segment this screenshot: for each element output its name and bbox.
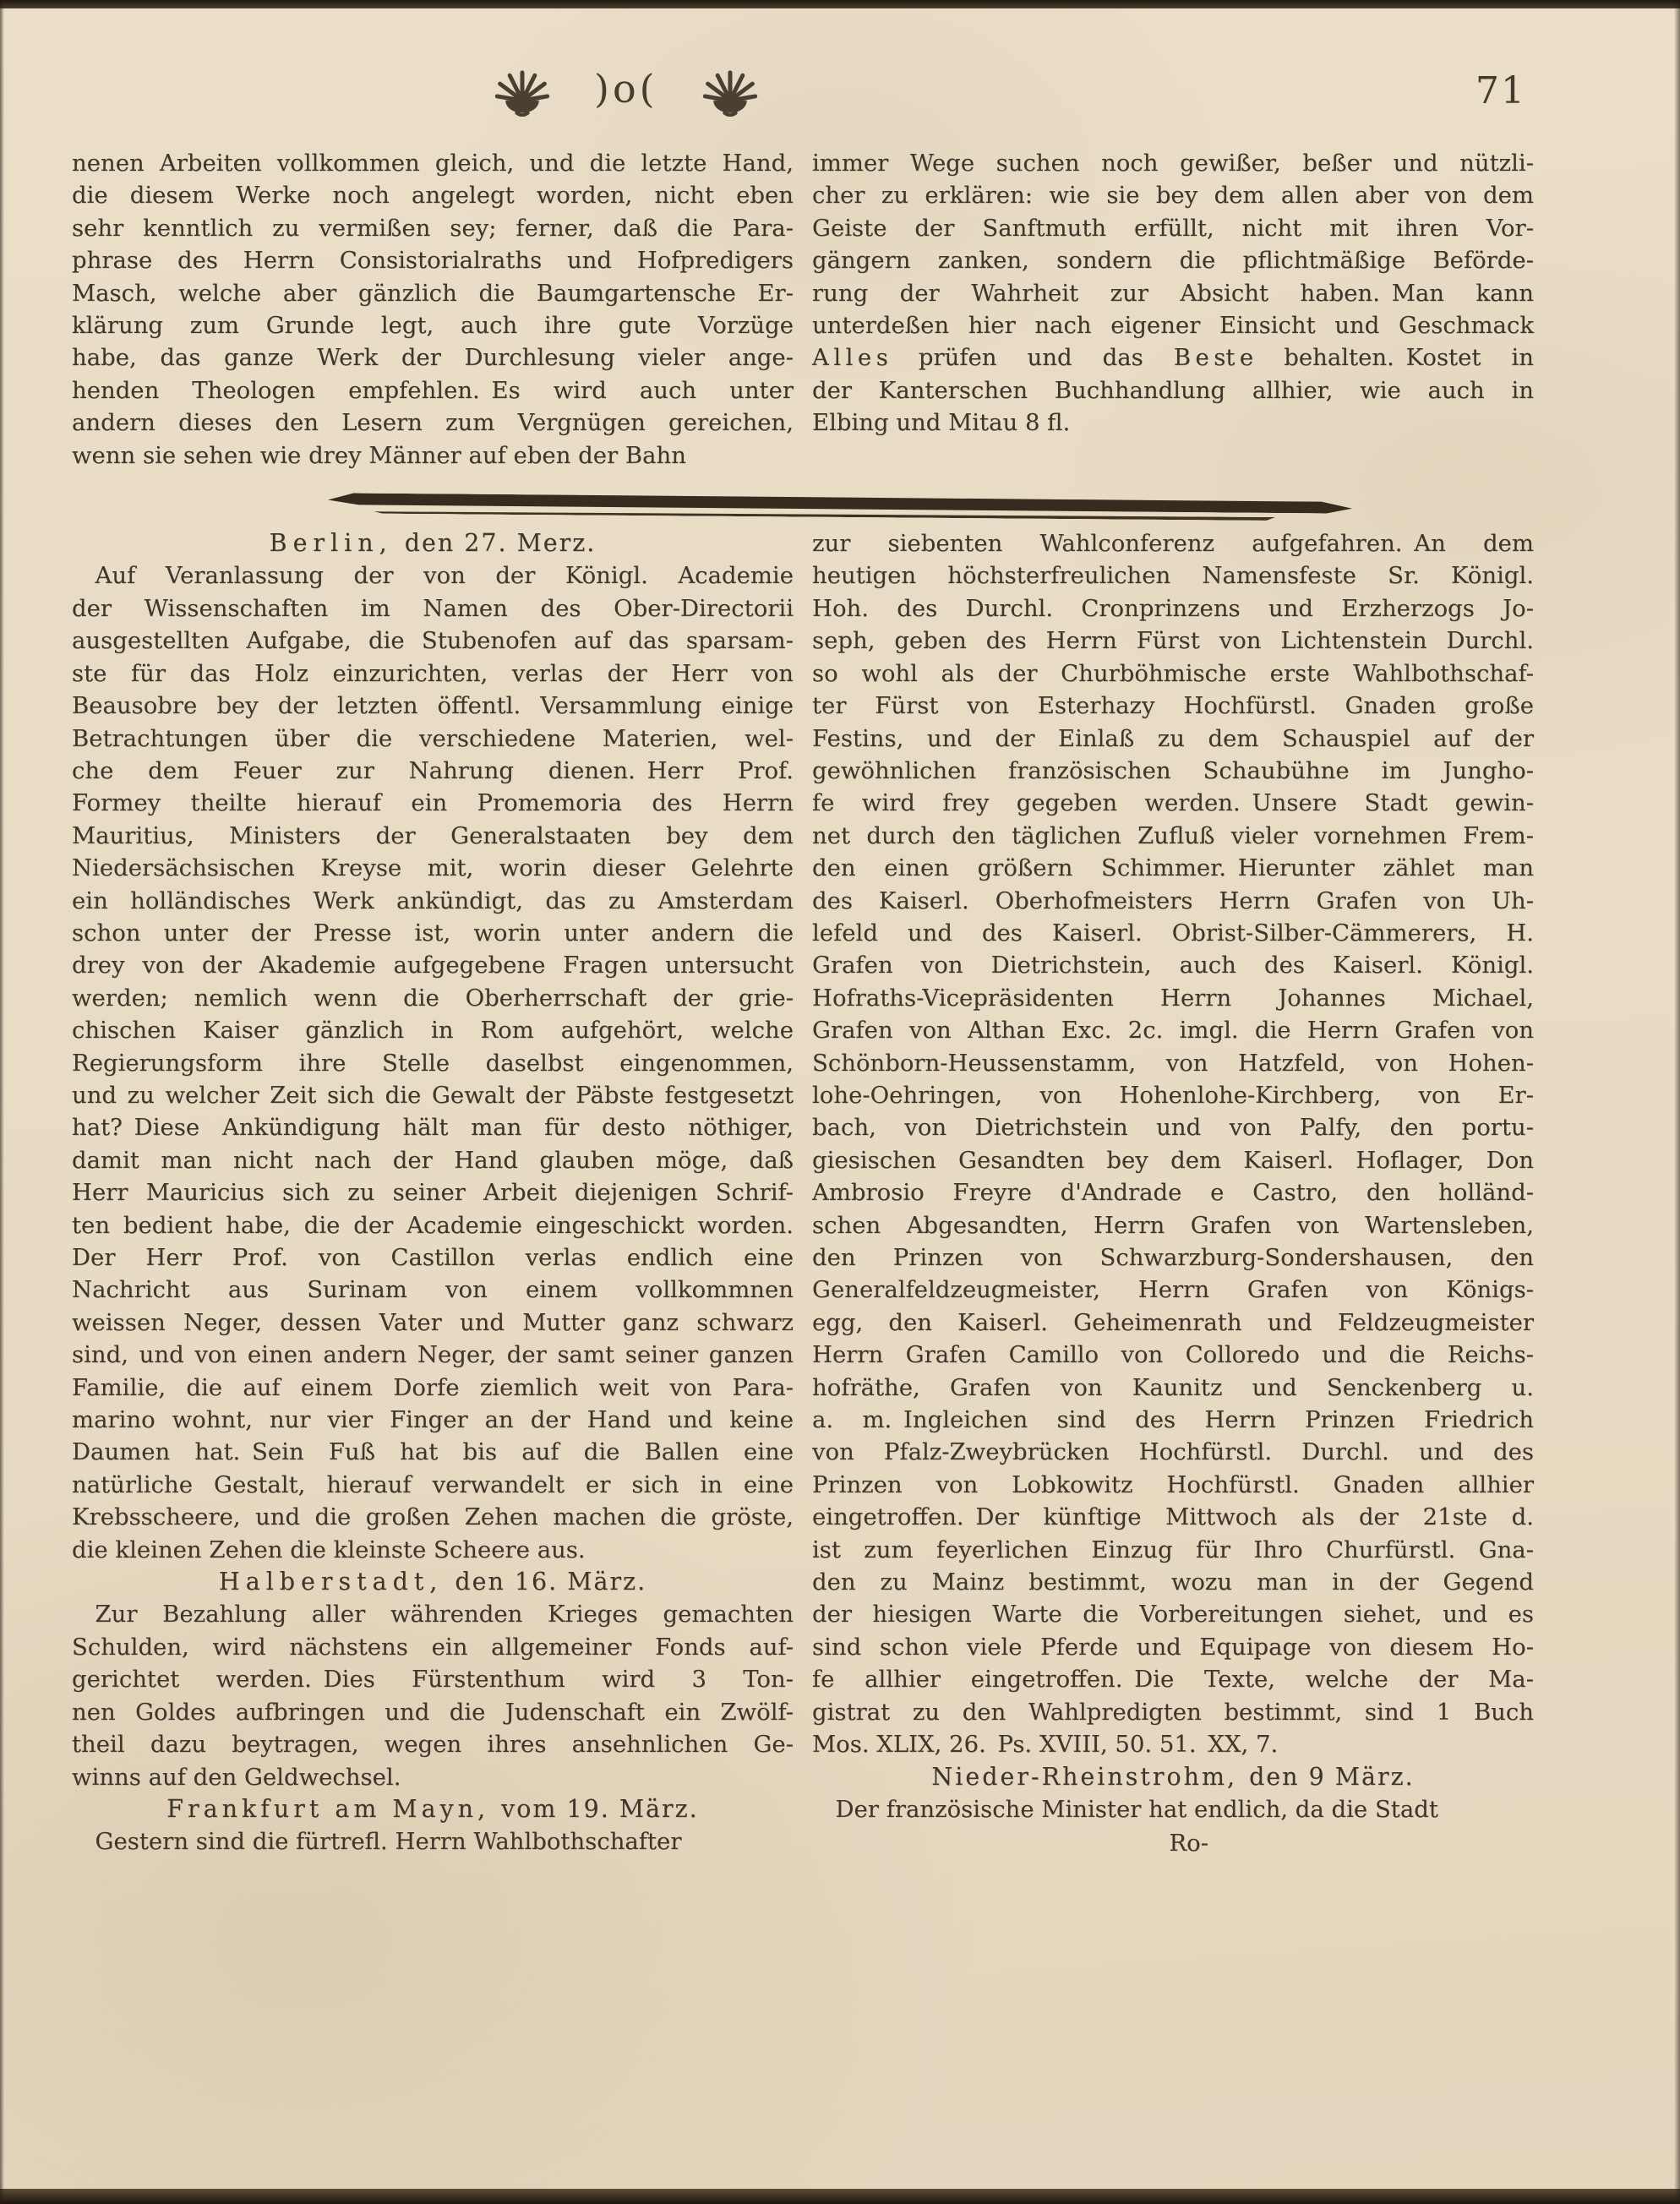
header-ornaments: )o( bbox=[494, 68, 758, 117]
text-line: Krebsscheere, und die großen Zehen mache… bbox=[72, 1501, 794, 1533]
review-left-column: nenen Arbeiten vollkommen gleich, und di… bbox=[72, 147, 794, 472]
text-line: ten bedient habe, die der Academie einge… bbox=[72, 1209, 794, 1241]
text-line: Zur Bezahlung aller währenden Krieges ge… bbox=[72, 1598, 794, 1630]
text-line: der Wissenschaften im Namen des Ober-Dir… bbox=[72, 592, 794, 625]
text-line: des Kaiserl. Oberhofmeisters Herrn Grafe… bbox=[812, 885, 1534, 917]
text-line: gerichtet werden. Dies Fürstenthum wird … bbox=[72, 1663, 794, 1695]
printers-section-mark: )o( bbox=[594, 66, 658, 112]
dateline-frankfurt: Frankfurt am Mayn,vom 19. März. bbox=[72, 1793, 794, 1825]
text-line: Schulden, wird nächstens ein allgemeiner… bbox=[72, 1631, 794, 1663]
text-line: sind schon viele Pferde und Equipage von… bbox=[812, 1631, 1534, 1663]
text-line: phrase des Herrn Consistorialraths und H… bbox=[72, 244, 794, 276]
text-line: net durch den täglichen Zufluß vieler vo… bbox=[812, 820, 1534, 852]
text-line: Herr Mauricius sich zu seiner Arbeit die… bbox=[72, 1176, 794, 1208]
text-line: giesischen Gesandten bey dem Kaiserl. Ho… bbox=[812, 1144, 1534, 1176]
article-nieder-rheinstrohm-text: Der französische Minister hat endlich, d… bbox=[812, 1793, 1534, 1825]
text-line: ist zum feyerlichen Einzug für Ihro Chur… bbox=[812, 1534, 1534, 1566]
text-line: Betrachtungen über die verschiedene Mate… bbox=[72, 723, 794, 755]
text-line: den Prinzen von Schwarzburg-Sondershause… bbox=[812, 1241, 1534, 1274]
dateline-halberstadt: Halberstadt,den 16. März. bbox=[72, 1566, 794, 1598]
text-line: cher zu erklären: wie sie bey dem allen … bbox=[812, 179, 1534, 211]
scan-edge-bottom bbox=[0, 2189, 1680, 2204]
text-line: a. m. Ingleichen sind des Herrn Prinzen … bbox=[812, 1404, 1534, 1436]
text-line: chischen Kaiser gänzlich in Rom aufgehör… bbox=[72, 1014, 794, 1046]
text-line: Herrn Grafen Camillo von Colloredo und d… bbox=[812, 1339, 1534, 1371]
text-line: natürliche Gestalt, hierauf verwandelt e… bbox=[72, 1469, 794, 1501]
text-line: Niedersächsischen Kreyse mit, worin dies… bbox=[72, 852, 794, 884]
news-left-column: Berlin,den 27. Merz. Auf Veranlassung de… bbox=[72, 527, 794, 1861]
text-line: Beausobre bey der letzten öffentl. Versa… bbox=[72, 690, 794, 722]
text-line: sehr kenntlich zu vermißen sey; ferner, … bbox=[72, 212, 794, 244]
catchword: Ro- bbox=[812, 1825, 1534, 1861]
text-line: immer Wege suchen noch gewißer, beßer un… bbox=[812, 147, 1534, 179]
text-line: Daumen hat. Sein Fuß hat bis auf die Bal… bbox=[72, 1436, 794, 1468]
text-line: Generalfeldzeugmeister, Herrn Grafen von… bbox=[812, 1274, 1534, 1306]
text-line: fe allhier eingetroffen. Die Texte, welc… bbox=[812, 1663, 1534, 1695]
text-line: lefeld und des Kaiserl. Obrist-Silber-Cä… bbox=[812, 917, 1534, 949]
page-number: 71 bbox=[1475, 69, 1526, 112]
text-line: schen Abgesandten, Herrn Grafen von Wart… bbox=[812, 1209, 1534, 1241]
news-right-column: zur siebenten Wahlconferenz aufgefahren.… bbox=[812, 527, 1534, 1861]
text-line: Mos. XLIX, 26. Ps. XVIII, 50. 51. XX, 7. bbox=[812, 1728, 1534, 1760]
text-line: andern dieses den Lesern zum Vergnügen g… bbox=[72, 406, 794, 439]
dateline-nieder-rheinstrohm: Nieder-Rheinstrohm,den 9 März. bbox=[812, 1761, 1534, 1793]
text-line: ein holländisches Werk ankündigt, das zu… bbox=[72, 885, 794, 917]
scan-edge-right bbox=[1674, 0, 1680, 2204]
page-header: )o( 71 bbox=[0, 68, 1680, 134]
dateline-city: Nieder-Rheinstrohm, bbox=[931, 1763, 1237, 1791]
text-line: gistrat zu den Wahlpredigten bestimmt, s… bbox=[812, 1696, 1534, 1728]
review-left-text: nenen Arbeiten vollkommen gleich, und di… bbox=[72, 147, 794, 472]
news-section: Berlin,den 27. Merz. Auf Veranlassung de… bbox=[0, 527, 1680, 1861]
text-line: der Kanterschen Buchhandlung allhier, wi… bbox=[812, 374, 1534, 406]
text-line: klärung zum Grunde legt, auch ihre gute … bbox=[72, 309, 794, 341]
text-line: habe, das ganze Werk der Durchlesung vie… bbox=[72, 341, 794, 374]
text-line: Regierungsform ihre Stelle daselbst eing… bbox=[72, 1047, 794, 1079]
text-line: lohe-Oehringen, von Hohenlohe-Kirchberg,… bbox=[812, 1079, 1534, 1111]
dateline-berlin: Berlin,den 27. Merz. bbox=[72, 527, 794, 559]
text-line: ter Fürst von Esterhazy Hochfürstl. Gnad… bbox=[812, 690, 1534, 722]
article-frankfurt-text: Gestern sind die fürtrefl. Herrn Wahlbot… bbox=[72, 1825, 794, 1858]
text-line: Hofraths-Vicepräsidenten Herrn Johannes … bbox=[812, 982, 1534, 1014]
text-line: gewöhnlichen französischen Schaubühne im… bbox=[812, 755, 1534, 787]
text-line: schon unter der Presse ist, worin unter … bbox=[72, 917, 794, 949]
text-line: werden; nemlich wenn die Oberherrschaft … bbox=[72, 982, 794, 1014]
text-line: marino wohnt, nur vier Finger an der Han… bbox=[72, 1404, 794, 1436]
article-frankfurt-continuation-text: zur siebenten Wahlconferenz aufgefahren.… bbox=[812, 527, 1534, 1760]
text-line: den einen größern Schimmer. Hierunter zä… bbox=[812, 852, 1534, 884]
text-line: so wohl als der Churböhmische erste Wahl… bbox=[812, 657, 1534, 690]
dateline-city: Berlin, bbox=[270, 529, 393, 557]
dateline-city: Halberstadt, bbox=[219, 1568, 444, 1596]
review-right-text: immer Wege suchen noch gewißer, beßer un… bbox=[812, 147, 1534, 439]
text-line: rung der Wahrheit zur Absicht haben. Man… bbox=[812, 277, 1534, 309]
text-line: unterdeßen hier nach eigener Einsicht un… bbox=[812, 309, 1534, 341]
text-line: die kleinen Zehen die kleinste Scheere a… bbox=[72, 1534, 794, 1566]
text-line: A l l e s prüfen und das B e st e behalt… bbox=[812, 341, 1534, 374]
text-line: nen Goldes aufbringen und die Judenschaf… bbox=[72, 1696, 794, 1728]
section-divider-rule bbox=[328, 493, 1352, 521]
text-line: Hoh. des Durchl. Cronprinzens und Erzher… bbox=[812, 592, 1534, 625]
text-line: Geiste der Sanftmuth erfüllt, nicht mit … bbox=[812, 212, 1534, 244]
text-line: fe wird frey gegeben werden. Unsere Stad… bbox=[812, 787, 1534, 819]
shell-ornament-icon bbox=[494, 68, 550, 117]
text-line: wenn sie sehen wie drey Männer auf eben … bbox=[72, 439, 794, 472]
review-section: nenen Arbeiten vollkommen gleich, und di… bbox=[0, 147, 1680, 472]
text-line: hofräthe, Grafen von Kaunitz und Sencken… bbox=[812, 1372, 1534, 1404]
text-line: zur siebenten Wahlconferenz aufgefahren.… bbox=[812, 527, 1534, 559]
text-line: nenen Arbeiten vollkommen gleich, und di… bbox=[72, 147, 794, 179]
text-line: die diesem Werke noch angelegt worden, n… bbox=[72, 179, 794, 211]
text-line: Masch, welche aber gänzlich die Baumgart… bbox=[72, 277, 794, 309]
text-line: Auf Veranlassung der von der Königl. Aca… bbox=[72, 559, 794, 592]
text-line: bach, von Dietrichstein und von Palfy, d… bbox=[812, 1111, 1534, 1143]
text-line: henden Theologen empfehlen. Es wird auch… bbox=[72, 374, 794, 406]
text-line: egg, den Kaiserl. Geheimenrath und Feldz… bbox=[812, 1307, 1534, 1339]
text-line: damit man nicht nach der Hand glauben mö… bbox=[72, 1144, 794, 1176]
text-line: Schönborn-Heussenstamm, von Hatzfeld, vo… bbox=[812, 1047, 1534, 1079]
text-line: Ambrosio Freyre d'Andrade e Castro, den … bbox=[812, 1176, 1534, 1208]
text-line: von Pfalz-Zweybrücken Hochfürstl. Durchl… bbox=[812, 1436, 1534, 1468]
text-line: che dem Feuer zur Nahrung dienen. Herr P… bbox=[72, 755, 794, 787]
text-line: Nachricht aus Surinam von einem vollkomm… bbox=[72, 1274, 794, 1306]
text-line: Gestern sind die fürtrefl. Herrn Wahlbot… bbox=[72, 1825, 794, 1858]
text-line: hat? Diese Ankündigung hält man für dest… bbox=[72, 1111, 794, 1143]
dateline-date: den 9 März. bbox=[1249, 1763, 1415, 1791]
text-line: Der Herr Prof. von Castillon verlas endl… bbox=[72, 1241, 794, 1274]
dateline-date: den 16. März. bbox=[455, 1568, 646, 1596]
article-halberstadt-text: Zur Bezahlung aller währenden Krieges ge… bbox=[72, 1598, 794, 1792]
text-line: Grafen von Dietrichstein, auch des Kaise… bbox=[812, 949, 1534, 981]
text-line: der hiesigen Warte die Vorbereitungen si… bbox=[812, 1598, 1534, 1630]
text-line: sind, und von einen andern Neger, der sa… bbox=[72, 1339, 794, 1371]
text-line: Grafen von Althan Exc. 2c. imgl. die Her… bbox=[812, 1014, 1534, 1046]
text-line: den zu Mainz bestimmt, wozu man in der G… bbox=[812, 1566, 1534, 1598]
text-line: ausgestellten Aufgabe, die Stubenofen au… bbox=[72, 625, 794, 657]
text-line: drey von der Akademie aufgegebene Fragen… bbox=[72, 949, 794, 981]
text-line: heutigen höchsterfreulichen Namensfeste … bbox=[812, 559, 1534, 592]
text-line: Mauritius, Ministers der Generalstaaten … bbox=[72, 820, 794, 852]
text-line: gängern zanken, sondern die pflichtmäßig… bbox=[812, 244, 1534, 276]
article-berlin-text: Auf Veranlassung der von der Königl. Aca… bbox=[72, 559, 794, 1566]
text-line: Formey theilte hierauf ein Promemoria de… bbox=[72, 787, 794, 819]
review-right-column: immer Wege suchen noch gewißer, beßer un… bbox=[812, 147, 1534, 472]
text-line: seph, geben des Herrn Fürst von Lichtens… bbox=[812, 625, 1534, 657]
text-line: Elbing und Mitau 8 fl. bbox=[812, 406, 1534, 439]
dateline-city: Frankfurt am Mayn, bbox=[166, 1795, 489, 1823]
text-line: Festins, und der Einlaß zu dem Schauspie… bbox=[812, 723, 1534, 755]
text-line: und zu welcher Zeit sich die Gewalt der … bbox=[72, 1079, 794, 1111]
scan-edge-left bbox=[0, 0, 4, 2204]
text-line: weissen Neger, dessen Vater und Mutter g… bbox=[72, 1307, 794, 1339]
dateline-date: den 27. Merz. bbox=[405, 529, 597, 557]
divider-thick-rule bbox=[328, 493, 1352, 514]
shell-ornament-icon bbox=[702, 68, 758, 117]
text-line: theil dazu beytragen, wegen ihres ansehn… bbox=[72, 1728, 794, 1760]
dateline-date: vom 19. März. bbox=[501, 1795, 699, 1823]
text-line: Prinzen von Lobkowitz Hochfürstl. Gnaden… bbox=[812, 1469, 1534, 1501]
text-line: Der französische Minister hat endlich, d… bbox=[812, 1793, 1534, 1825]
text-line: Familie, die auf einem Dorfe ziemlich we… bbox=[72, 1372, 794, 1404]
text-line: eingetroffen. Der künftige Mittwoch als … bbox=[812, 1501, 1534, 1533]
scan-edge-top bbox=[0, 0, 1680, 8]
text-line: ste für das Holz einzurichten, verlas de… bbox=[72, 657, 794, 690]
divider-thin-rule bbox=[374, 510, 1275, 521]
newspaper-page: )o( 71 bbox=[0, 0, 1680, 2204]
text-line: winns auf den Geldwechsel. bbox=[72, 1761, 794, 1793]
